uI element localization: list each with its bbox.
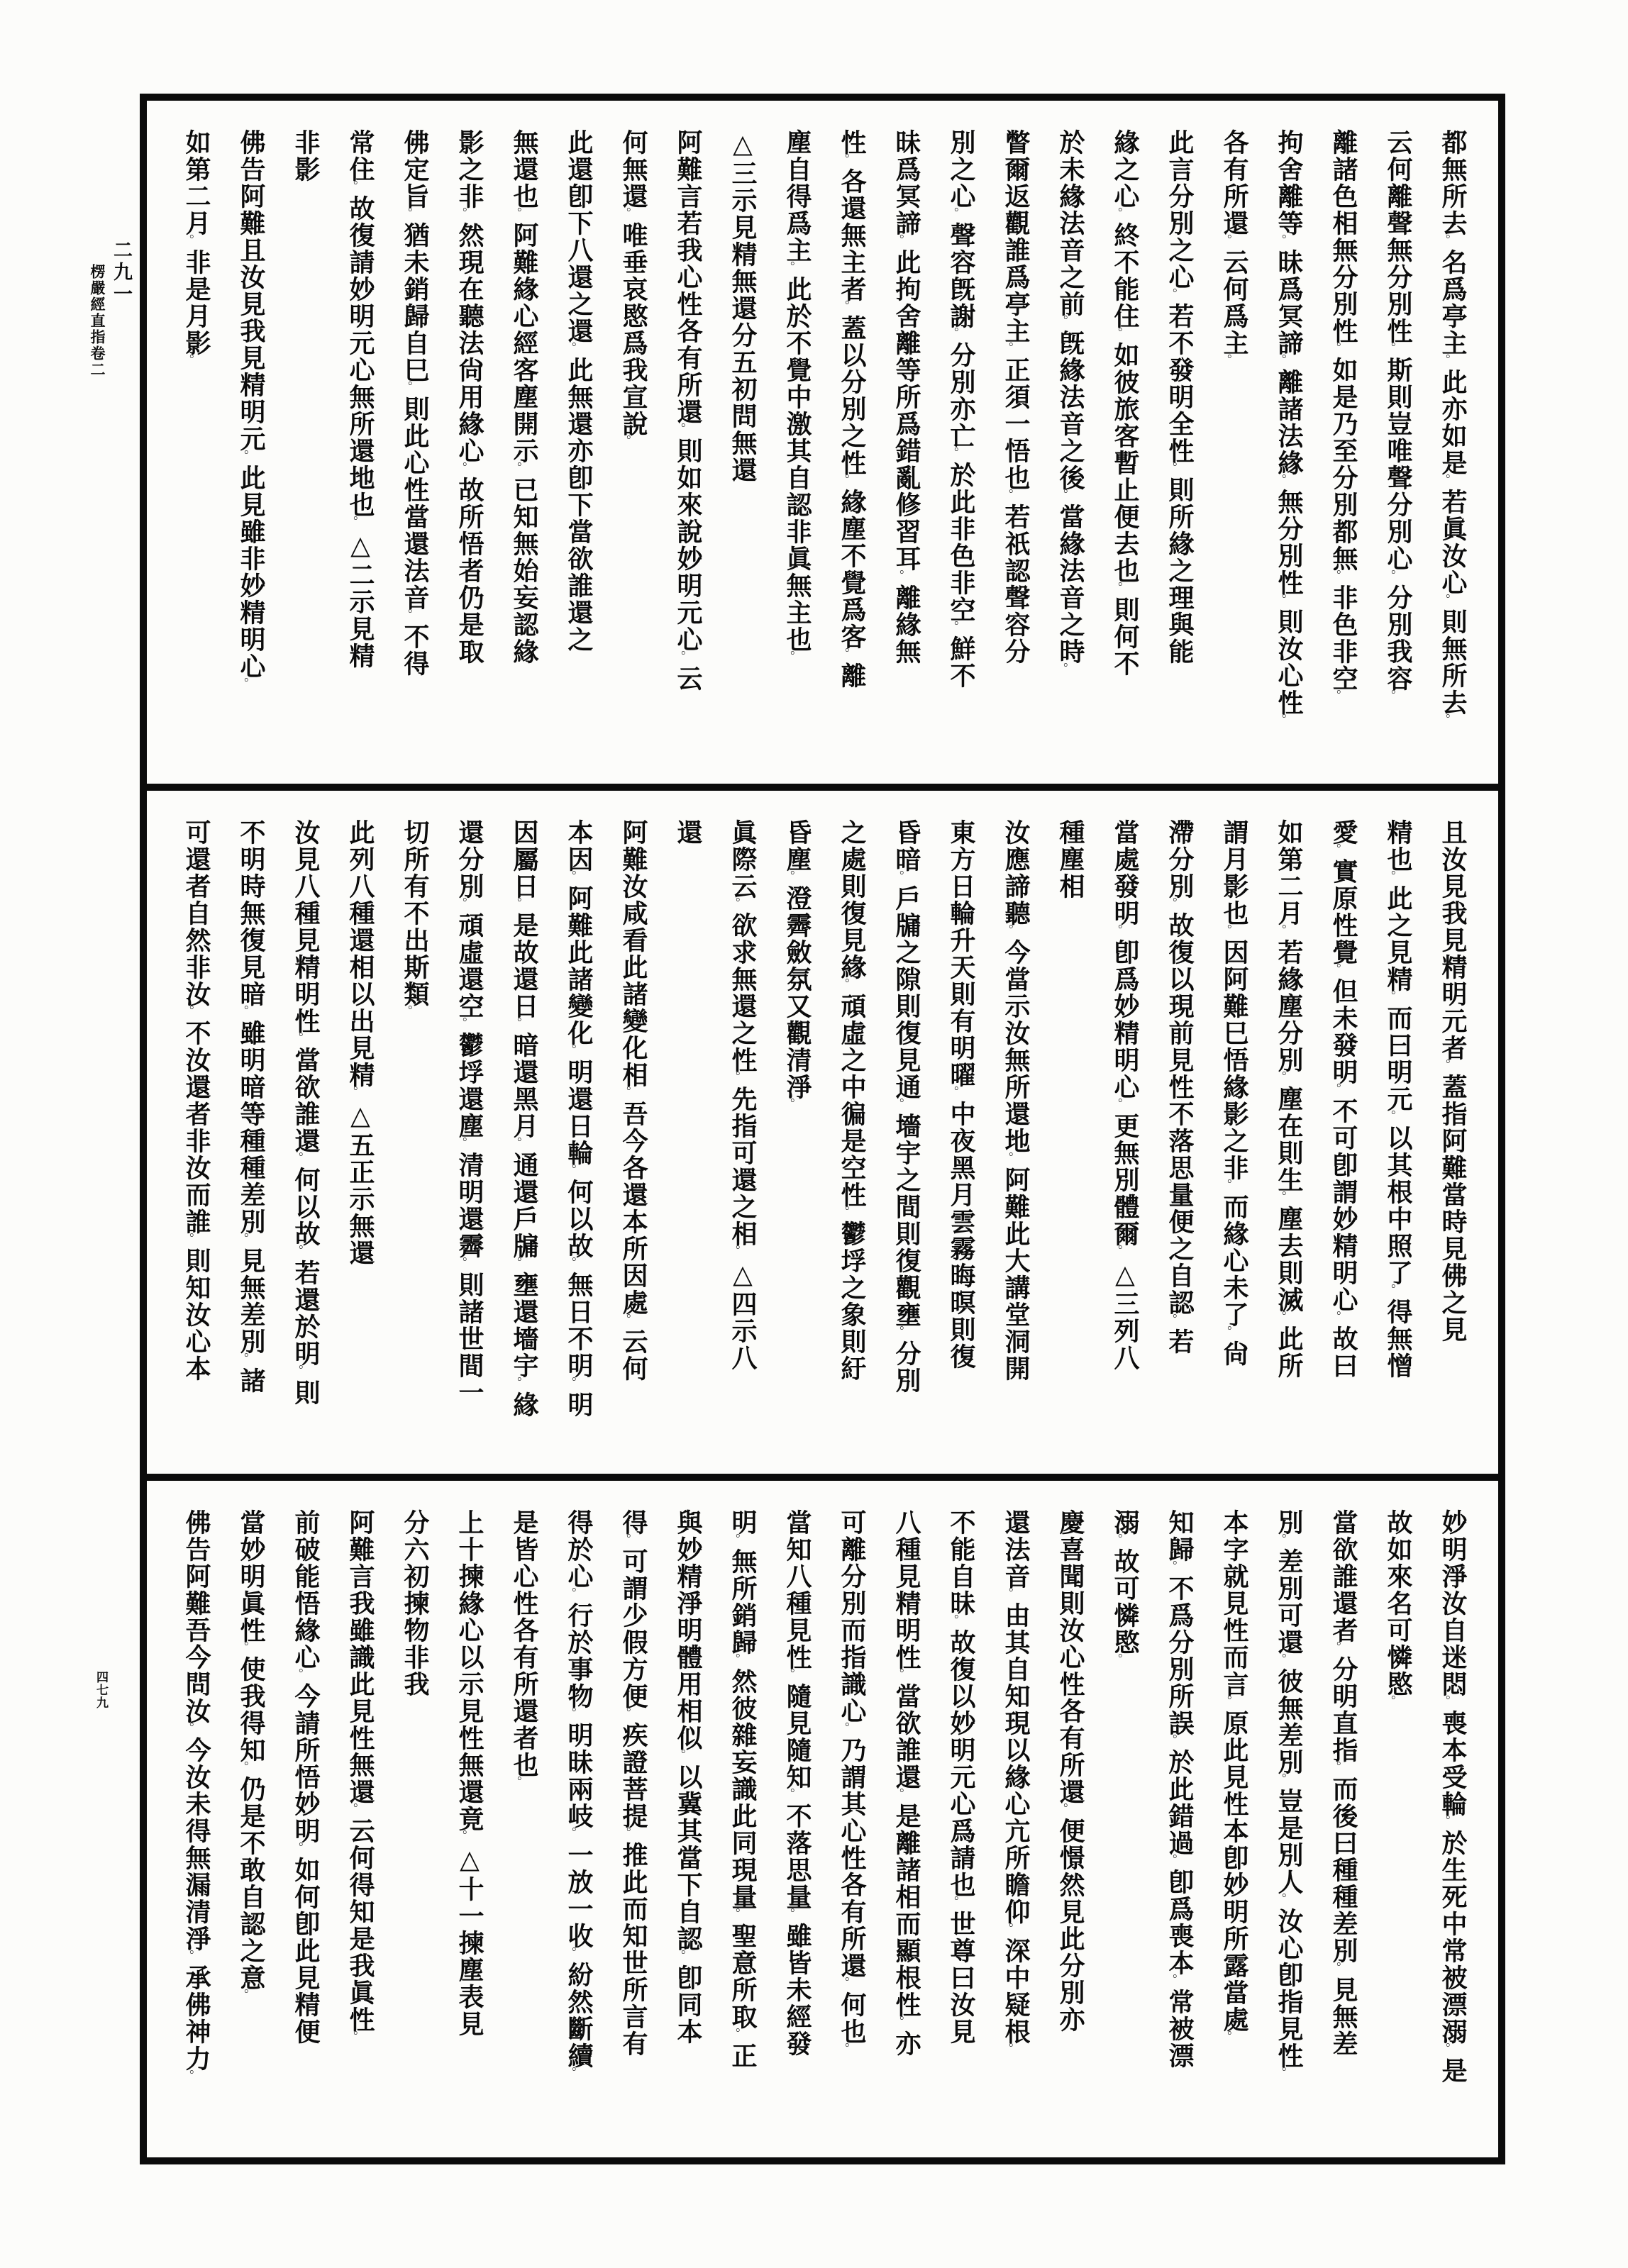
reading-mark: 。 [269, 1668, 323, 1680]
text-column: 前破能悟緣心。今請所悟妙明。如何卽此見精便 [278, 1509, 333, 2140]
reading-mark: 。 [706, 897, 760, 909]
reading-mark: 。 [1197, 234, 1252, 246]
reading-mark: 。 [1307, 1083, 1361, 1095]
reading-mark: 。 [1416, 474, 1471, 486]
text-column: 佛告阿難且汝見我見精明元。此見雖非妙精明心。 [223, 129, 278, 767]
reading-mark: 。 [214, 1761, 269, 1773]
reading-mark: 。 [1088, 1245, 1143, 1257]
text-column: 之處則復見緣。頑虛之中徧是空性。鬱垺之象則紆 [824, 819, 879, 1457]
reading-mark: 。 [433, 1257, 487, 1269]
text-column: 愛。實原性覺。但未發明。不可卽謂妙精明心。故曰 [1316, 819, 1370, 1457]
reading-mark: 。 [651, 423, 706, 435]
reading-mark: 。 [815, 978, 870, 990]
reading-mark: 。 [1252, 1071, 1307, 1083]
reading-mark: 。 [979, 2042, 1034, 2055]
reading-mark: 。 [870, 1788, 924, 1800]
text-column: 何無還。唯垂哀愍爲我宣說。 [606, 129, 660, 767]
text-frame: 都無所去。名爲亭主。此亦如是。若眞汝心。則無所去。云何離聲無分別性。斯則豈唯聲分… [140, 94, 1505, 2164]
reading-mark: 。 [979, 489, 1034, 501]
text-column: 性。各還無主者。蓋以分別之性。緣塵不覺爲客。離 [824, 129, 879, 767]
text-column: 佛告阿難吾今問汝。今汝未得無漏清淨。承佛神力。 [169, 1509, 223, 2140]
reading-mark: 。 [979, 1923, 1034, 1935]
reading-mark: 。 [706, 1071, 760, 1083]
text-column: 非影 [278, 129, 333, 767]
reading-mark: 。 [269, 1032, 323, 1044]
reading-mark: 。 [924, 1614, 979, 1626]
text-column: 常住。故復請妙明元心無所還地也。△二示見精 [333, 129, 387, 767]
text-column: 慶喜聞則汝心性各有所還。便憬然見此分別亦 [1043, 1509, 1097, 2140]
reading-mark: 。 [487, 207, 542, 219]
reading-mark: 。 [487, 1377, 542, 1389]
reading-mark: 。 [1307, 1311, 1361, 1323]
text-column: 無還也。阿難緣心經客塵開示。已知無始妄認緣 [497, 129, 551, 767]
reading-mark: 。 [378, 1005, 433, 1017]
reading-mark: 。 [1416, 354, 1471, 366]
reading-mark: 。 [160, 234, 214, 246]
reading-mark: 。 [706, 1653, 760, 1665]
reading-mark: 。 [651, 650, 706, 662]
text-column: 汝見八種見精明性。當欲誰還。何以故。若還於明。則 [278, 819, 333, 1457]
text-block-bottom: 妙明淨汝自迷悶。喪本受輪。於生死中常被漂溺。是故如來名可憐愍。當欲誰還者。分明直… [147, 1474, 1498, 2157]
reading-mark: 。 [487, 1776, 542, 1788]
reading-mark: 。 [1088, 924, 1143, 936]
text-column: 云何離聲無分別性。斯則豈唯聲分別心。分別我容。 [1370, 129, 1425, 767]
reading-mark: 。 [924, 621, 979, 633]
reading-mark: 。 [378, 381, 433, 393]
reading-mark: 。 [760, 1788, 815, 1800]
reading-mark: 。 [1143, 462, 1197, 474]
reading-mark: 。 [487, 1257, 542, 1269]
text-column: △三示見精無還分五初問無還 [715, 129, 770, 767]
reading-mark: 。 [1252, 594, 1307, 606]
text-column: 於未緣法音之前。旣緣法音之後。當緣法音之時。 [1043, 129, 1097, 767]
reading-mark: 。 [433, 1137, 487, 1149]
reading-mark: 。 [706, 1245, 760, 1257]
reading-mark: 。 [815, 300, 870, 312]
text-column: 知歸。不爲分別所誤。於此錯過。卽爲喪本。常被漂 [1152, 1509, 1207, 2140]
reading-mark: 。 [1197, 354, 1252, 366]
reading-mark: 。 [323, 2030, 378, 2042]
text-column: 種塵相 [1043, 819, 1097, 1457]
reading-mark: 。 [1143, 288, 1197, 300]
text-column: 溺。故可憐愍。 [1097, 1509, 1152, 2140]
reading-mark: 。 [214, 677, 269, 689]
reading-mark: 。 [1252, 1311, 1307, 1323]
text-column: 當妙明眞性。使我得知。仍是不敢自認之意。 [223, 1509, 278, 2140]
text-column: 精也。此之見精。而曰明元。以其根中照了。得無憎 [1370, 819, 1425, 1457]
reading-mark: 。 [706, 2028, 760, 2040]
reading-mark: 。 [542, 1377, 597, 1389]
reading-mark: 。 [433, 1830, 487, 1842]
reading-mark: 。 [1088, 1533, 1143, 1545]
text-column: 妙明淨汝自迷悶。喪本受輪。於生死中常被漂溺。是 [1425, 1509, 1480, 2140]
reading-mark: 。 [1143, 897, 1197, 909]
reading-mark: 。 [542, 1164, 597, 1176]
reading-mark: 。 [214, 1989, 269, 2001]
reading-mark: 。 [214, 1005, 269, 1017]
reading-mark: 。 [1307, 689, 1361, 701]
reading-mark: 。 [160, 1722, 214, 1734]
text-column: 可離分別而指識心。乃謂其心性各有所還。何也。 [824, 1509, 879, 2140]
reading-mark: 。 [597, 1086, 651, 1098]
reading-mark: 。 [597, 1707, 651, 1719]
reading-mark: 。 [815, 1977, 870, 1989]
text-column: 得於心。行於事物。明昧兩岐。一放一收。紛然斷續。 [551, 1509, 606, 2140]
reading-mark: 。 [1252, 924, 1307, 936]
reading-mark: 。 [433, 1017, 487, 1029]
text-column: 如第二月。若緣塵分別。塵在則生。塵去則滅。此所 [1261, 819, 1316, 1457]
reading-mark: 。 [1143, 1313, 1197, 1325]
reading-mark: 。 [597, 1533, 651, 1545]
text-column: 是皆心性各有所還者也。 [497, 1509, 551, 2140]
text-column: 昏暗。戶牖之隙則復見通。墻宇之間則復觀壅。分別 [879, 819, 934, 1457]
reading-mark: 。 [542, 1947, 597, 1959]
reading-mark: 。 [1416, 1059, 1471, 1071]
reading-mark: 。 [1252, 713, 1307, 726]
text-column: 八種見精明性。當欲誰還。是離諸相而顯根性。亦 [879, 1509, 934, 2140]
reading-mark: 。 [542, 342, 597, 354]
reading-mark: 。 [378, 207, 433, 219]
text-column: 汝應諦聽。今當示汝無所還地。阿難此大講堂洞開 [988, 819, 1043, 1457]
text-column: 還 [660, 819, 715, 1457]
reading-mark: 。 [160, 1005, 214, 1017]
reading-mark: 。 [1361, 1110, 1416, 1122]
reading-mark: 。 [269, 1364, 323, 1377]
reading-mark: 。 [542, 870, 597, 882]
reading-mark: 。 [160, 2069, 214, 2081]
reading-mark: 。 [597, 435, 651, 447]
reading-mark: 。 [1252, 1653, 1307, 1665]
reading-mark: 。 [651, 1749, 706, 1761]
reading-mark: 。 [269, 1152, 323, 1164]
reading-mark: 。 [542, 1587, 597, 1599]
left-margin-header: 二九一 楞嚴經直指卷二 [87, 240, 135, 378]
reading-mark: 。 [1252, 354, 1307, 366]
reading-mark: 。 [815, 1722, 870, 1734]
reading-mark: 。 [1088, 207, 1143, 219]
reading-mark: 。 [924, 207, 979, 219]
reading-mark: 。 [214, 1233, 269, 1245]
reading-mark: 。 [924, 447, 979, 459]
reading-mark: 。 [870, 870, 924, 882]
reading-mark: 。 [1361, 1695, 1416, 1707]
text-column: 本因。阿難此諸變化。明還日輪。何以故。無日不明。明 [551, 819, 606, 1457]
reading-mark: 。 [1416, 594, 1471, 606]
reading-mark: 。 [706, 1908, 760, 1920]
reading-mark: 。 [1307, 963, 1361, 975]
text-block-top: 都無所去。名爲亭主。此亦如是。若眞汝心。則無所去。云何離聲無分別性。斯則豈唯聲分… [147, 101, 1498, 784]
reading-mark: 。 [1307, 1641, 1361, 1653]
reading-mark: 。 [870, 569, 924, 582]
reading-mark: 。 [1307, 843, 1361, 855]
text-column: 得。可謂少假方便。疾證菩提。推此而知世所言有 [606, 1509, 660, 2140]
reading-mark: 。 [542, 1707, 597, 1719]
reading-mark: 。 [1034, 315, 1088, 327]
reading-mark: 。 [1252, 1191, 1307, 1203]
text-block-middle: 且汝見我見精明元者。蓋指阿難當時見佛之見精也。此之見精。而曰明元。以其根中照了。… [147, 784, 1498, 1474]
reading-mark: 。 [1088, 327, 1143, 339]
reading-mark: 。 [979, 342, 1034, 354]
reading-mark: 。 [1307, 569, 1361, 582]
text-column: 此言分別之心。若不發明全性。則所緣之理與能 [1152, 129, 1207, 767]
reading-mark: 。 [487, 462, 542, 474]
text-column: 別之心。聲容旣謝。分別亦亡。於此非色非空。鮮不 [934, 129, 988, 767]
reading-mark: 。 [269, 1842, 323, 1854]
text-column: 阿難言若我心性各有所還。則如來說妙明元心。云 [660, 129, 715, 767]
reading-mark: 。 [760, 650, 815, 662]
reading-mark: 。 [924, 1086, 979, 1098]
text-column: 阿難言我雖識此見性無還。云何得知是我眞性。 [333, 1509, 387, 2140]
text-column: 東方日輪升天則有明曜。中夜黑月雲霧晦暝則復 [934, 819, 988, 1457]
reading-mark: 。 [1088, 1653, 1143, 1665]
reading-mark: 。 [870, 1325, 924, 1338]
reading-mark: 。 [1197, 924, 1252, 936]
text-column: 塵自得爲主。此於不覺中激其自認非眞無主也。 [770, 129, 824, 767]
reading-mark: 。 [979, 924, 1034, 936]
text-column: 眞際云。欲求無還之性。先指可還之相。△四示八 [715, 819, 770, 1457]
reading-mark: 。 [323, 516, 378, 528]
reading-mark: 。 [1197, 1695, 1252, 1707]
reading-mark: 。 [1143, 1560, 1197, 1572]
book-title: 楞嚴經直指卷二 [87, 264, 108, 378]
reading-mark: 。 [1361, 1284, 1416, 1296]
text-column: 滯分別。故復以現前見性不落思量便之自認。若 [1152, 819, 1207, 1457]
reading-mark: 。 [597, 1827, 651, 1839]
reading-mark: 。 [979, 1152, 1034, 1164]
reading-mark: 。 [760, 261, 815, 273]
reading-mark: 。 [160, 1950, 214, 1962]
reading-mark: 。 [1197, 1325, 1252, 1338]
reading-mark: 。 [487, 897, 542, 909]
reading-mark: 。 [214, 450, 269, 462]
text-column: 此列八種還相以出見精。△五正示無還 [333, 819, 387, 1457]
reading-mark: 。 [1361, 569, 1416, 582]
reading-mark: 。 [214, 1641, 269, 1653]
text-column: 分六初揀物非我 [387, 1509, 442, 2140]
reading-mark: 。 [1361, 990, 1416, 1002]
reading-mark: 。 [815, 153, 870, 165]
text-column: 當欲誰還者。分明直指。而後曰種種差別。見無差 [1316, 1509, 1370, 2140]
reading-mark: 。 [269, 1245, 323, 1257]
text-column: 與妙精淨明體用相似。以冀其當下自認。卽同本 [660, 1509, 715, 2140]
reading-mark: 。 [1361, 870, 1416, 882]
reading-mark: 。 [542, 2067, 597, 2079]
reading-mark: 。 [433, 207, 487, 219]
text-column: 上十揀緣心以示見性無還竟。△十一揀塵表見 [442, 1509, 497, 2140]
scanned-sutra-page: 二九一 楞嚴經直指卷二 四七九 都無所去。名爲亭主。此亦如是。若眞汝心。則無所去… [0, 0, 1628, 2268]
reading-mark: 。 [1088, 582, 1143, 594]
reading-mark: 。 [1252, 1773, 1307, 1785]
reading-mark: 。 [760, 1668, 815, 1680]
reading-mark: 。 [487, 1017, 542, 1029]
reading-mark: 。 [214, 1352, 269, 1364]
text-column: 此還卽下八還之還。此無還亦卽下當欲誰還之 [551, 129, 606, 767]
text-column: 本字就見性而言。原此見性本卽妙明所露當處。 [1207, 1509, 1261, 2140]
reading-mark: 。 [1143, 1734, 1197, 1746]
reading-mark: 。 [760, 870, 815, 882]
text-column: 別。差別可還。彼無差別。豈是別人。汝心卽指見性。 [1261, 1509, 1316, 2140]
reading-mark: 。 [870, 234, 924, 246]
text-column: 拘舍離等。昧爲冥諦。離諸法緣。無分別性。則汝心性。 [1261, 129, 1316, 767]
page-number: 四七九 [92, 1671, 110, 1709]
reading-mark: 。 [1416, 713, 1471, 726]
reading-mark: 。 [160, 354, 214, 366]
reading-mark: 。 [1307, 342, 1361, 354]
reading-mark: 。 [706, 1533, 760, 1545]
reading-mark: 。 [1143, 1854, 1197, 1866]
text-column: 影之非。然現在聽法尙用緣心。故所悟者仍是取 [442, 129, 497, 767]
reading-mark: 。 [760, 1908, 815, 1920]
text-column: 緣之心。終不能住。如彼旅客暫止便去也。則何不 [1097, 129, 1152, 767]
reading-mark: 。 [1416, 1695, 1471, 1707]
reading-mark: 。 [1252, 2067, 1307, 2079]
reading-mark: 。 [815, 474, 870, 486]
reading-mark: 。 [924, 327, 979, 339]
reading-mark: 。 [760, 1098, 815, 1110]
reading-mark: 。 [433, 462, 487, 474]
reading-mark: 。 [542, 1257, 597, 1269]
text-column: 當處發明。卽爲妙精明心。更無別體爾。△三列八 [1097, 819, 1152, 1457]
text-column: 阿難汝咸看此諸變化相。吾今各還本所因處。云何 [606, 819, 660, 1457]
reading-mark: 。 [160, 1233, 214, 1245]
reading-mark: 。 [1088, 1098, 1143, 1110]
reading-mark: 。 [1143, 1974, 1197, 1986]
text-column: 佛定旨。猶未銷歸自巳。則此心性當還法音。不得 [387, 129, 442, 767]
text-column: 不明時無復見暗。雖明暗等種種差別。見無差別。諸 [223, 819, 278, 1457]
reading-mark: 。 [1307, 1761, 1361, 1773]
reading-mark: 。 [378, 608, 433, 621]
text-column: 都無所去。名爲亭主。此亦如是。若眞汝心。則無所去。 [1425, 129, 1480, 767]
reading-mark: 。 [1252, 1893, 1307, 1905]
reading-mark: 。 [1307, 1962, 1361, 1974]
reading-mark: 。 [1416, 2042, 1471, 2055]
text-column: 離諸色相無分別性。如是乃至分別都無。非色非空。 [1316, 129, 1370, 767]
reading-mark: 。 [1034, 1803, 1088, 1815]
text-column: 謂月影也。因阿難巳悟緣影之非。而緣心未了。尙 [1207, 819, 1261, 1457]
reading-mark: 。 [1361, 689, 1416, 701]
reading-mark: 。 [1034, 489, 1088, 501]
text-column: 且汝見我見精明元者。蓋指阿難當時見佛之見 [1425, 819, 1480, 1457]
reading-mark: 。 [870, 1668, 924, 1680]
folio-number: 二九一 [108, 240, 135, 378]
text-column: 因屬日。是故還日。暗還黑月。通還戶牖。壅還墻宇。緣 [497, 819, 551, 1457]
reading-mark: 。 [323, 1803, 378, 1815]
reading-mark: 。 [1252, 474, 1307, 486]
reading-mark: 。 [542, 1827, 597, 1839]
reading-mark: 。 [870, 2016, 924, 2028]
text-column: 還法音。由其自知現以緣心亢所瞻仰。深中疑根。 [988, 1509, 1043, 2140]
reading-mark: 。 [1252, 234, 1307, 246]
text-column: 各有所還。云何爲主。 [1207, 129, 1261, 767]
reading-mark: 。 [924, 1896, 979, 1908]
text-column: 如第二月。非是月影。 [169, 129, 223, 767]
reading-mark: 。 [1361, 342, 1416, 354]
reading-mark: 。 [870, 1098, 924, 1110]
reading-mark: 。 [815, 2042, 870, 2055]
reading-mark: 。 [433, 897, 487, 909]
reading-mark: 。 [1197, 1179, 1252, 1191]
reading-mark: 。 [1034, 662, 1088, 674]
text-column: 昏塵。澄霽斂氛又觀清淨。 [770, 819, 824, 1457]
reading-mark: 。 [651, 1950, 706, 1962]
reading-mark: 。 [323, 1086, 378, 1098]
reading-mark: 。 [487, 1137, 542, 1149]
reading-mark: 。 [815, 1206, 870, 1218]
reading-mark: 。 [1197, 2030, 1252, 2042]
reading-mark: 。 [815, 647, 870, 660]
reading-mark: 。 [1416, 234, 1471, 246]
reading-mark: 。 [597, 1313, 651, 1325]
reading-mark: 。 [979, 1587, 1034, 1599]
reading-mark: 。 [1416, 1815, 1471, 1827]
reading-mark: 。 [323, 180, 378, 192]
reading-mark: 。 [542, 1044, 597, 1056]
reading-mark: 。 [1252, 1533, 1307, 1545]
text-column: 明。無所銷歸。然彼雜妄識此同現量。聖意所取。正 [715, 1509, 770, 2140]
reading-mark: 。 [597, 207, 651, 219]
